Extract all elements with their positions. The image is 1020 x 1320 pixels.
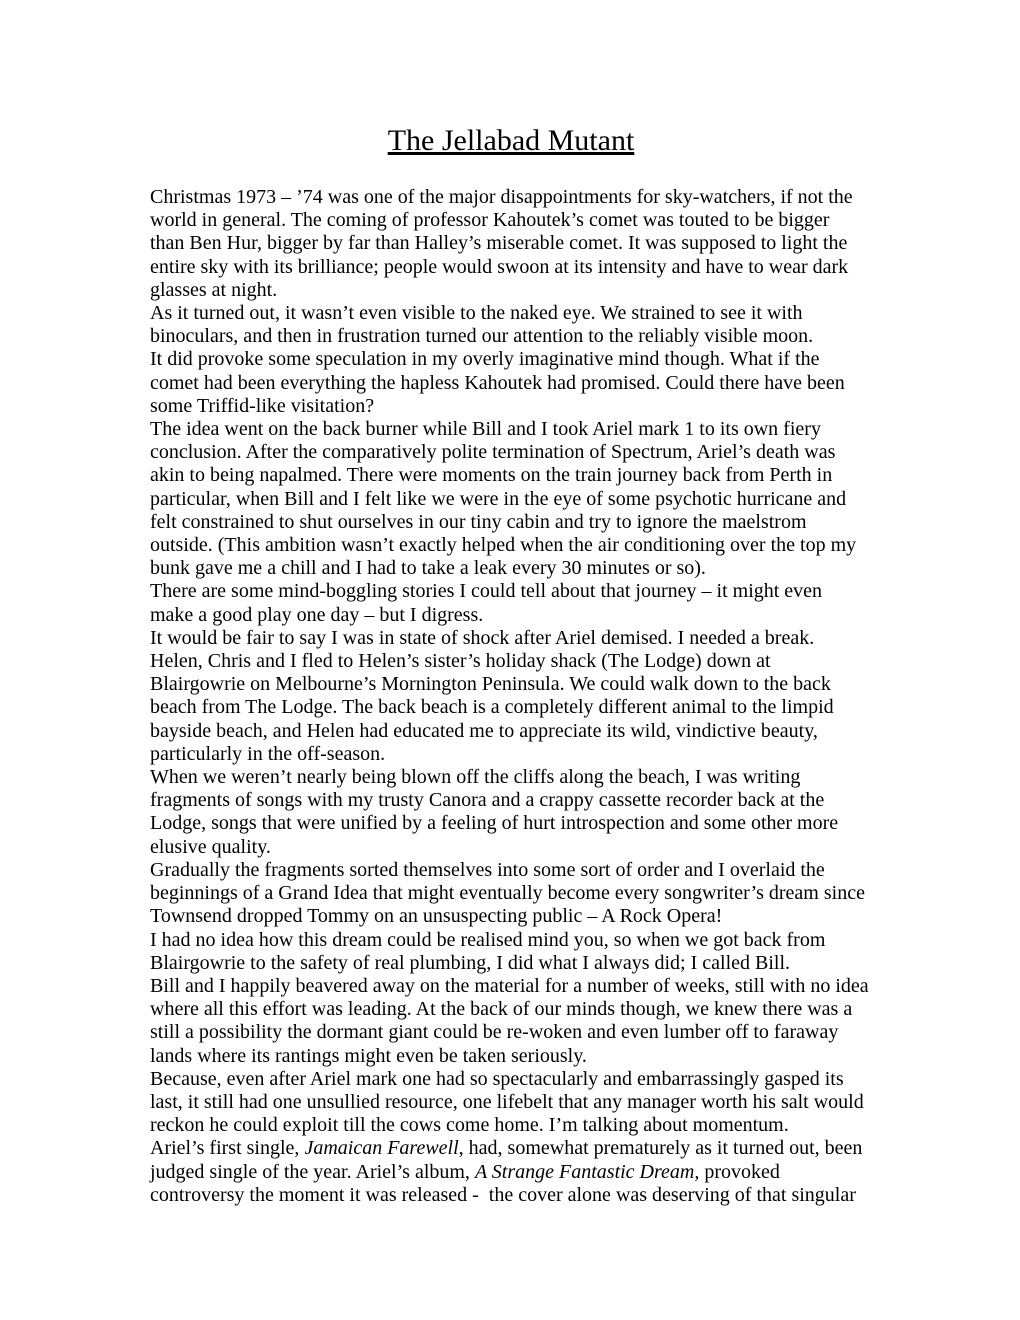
text-line: Lodge, songs that were unified by a feel… bbox=[150, 812, 872, 835]
text-line: judged single of the year. Ariel’s album… bbox=[150, 1161, 872, 1184]
text-line: glasses at night. bbox=[150, 279, 872, 302]
text-line: I had no idea how this dream could be re… bbox=[150, 929, 872, 952]
document-title: The Jellabad Mutant bbox=[150, 124, 872, 157]
text-line: Blairgowrie on Melbourne’s Mornington Pe… bbox=[150, 673, 872, 696]
text-line: Blairgowrie to the safety of real plumbi… bbox=[150, 952, 872, 975]
text-line: particular, when Bill and I felt like we… bbox=[150, 488, 872, 511]
paragraph: When we weren’t nearly being blown off t… bbox=[150, 766, 872, 859]
text-line: outside. (This ambition wasn’t exactly h… bbox=[150, 534, 872, 557]
text-line: Gradually the fragments sorted themselve… bbox=[150, 859, 872, 882]
text-line: still a possibility the dormant giant co… bbox=[150, 1021, 872, 1044]
paragraph: I had no idea how this dream could be re… bbox=[150, 929, 872, 975]
text-line: When we weren’t nearly being blown off t… bbox=[150, 766, 872, 789]
paragraph: It did provoke some speculation in my ov… bbox=[150, 348, 872, 418]
text-line: beach from The Lodge. The back beach is … bbox=[150, 696, 872, 719]
paragraph: It would be fair to say I was in state o… bbox=[150, 627, 872, 766]
text-line: As it turned out, it wasn’t even visible… bbox=[150, 302, 872, 325]
text-line: bayside beach, and Helen had educated me… bbox=[150, 720, 872, 743]
text-line: reckon he could exploit till the cows co… bbox=[150, 1114, 872, 1137]
text-line: entire sky with its brilliance; people w… bbox=[150, 256, 872, 279]
italic-text-run: A Strange Fantastic Dream, bbox=[475, 1161, 699, 1183]
document-page: The Jellabad Mutant Christmas 1973 – ’74… bbox=[0, 0, 1020, 1320]
text-line: elusive quality. bbox=[150, 836, 872, 859]
text-line: last, it still had one unsullied resourc… bbox=[150, 1091, 872, 1114]
text-line: bunk gave me a chill and I had to take a… bbox=[150, 557, 872, 580]
text-line: felt constrained to shut ourselves in ou… bbox=[150, 511, 872, 534]
paragraph: Christmas 1973 – ’74 was one of the majo… bbox=[150, 186, 872, 302]
text-line: akin to being napalmed. There were momen… bbox=[150, 464, 872, 487]
paragraph: The idea went on the back burner while B… bbox=[150, 418, 872, 580]
paragraph: Bill and I happily beavered away on the … bbox=[150, 975, 872, 1068]
text-line: Christmas 1973 – ’74 was one of the majo… bbox=[150, 186, 872, 209]
paragraph: Because, even after Ariel mark one had s… bbox=[150, 1068, 872, 1138]
paragraph: There are some mind-boggling stories I c… bbox=[150, 580, 872, 626]
italic-text-run: Jamaican Farewell bbox=[304, 1137, 458, 1159]
text-line: where all this effort was leading. At th… bbox=[150, 998, 872, 1021]
text-line: binoculars, and then in frustration turn… bbox=[150, 325, 872, 348]
text-line: Townsend dropped Tommy on an unsuspectin… bbox=[150, 905, 872, 928]
text-line: Ariel’s first single, Jamaican Farewell,… bbox=[150, 1137, 872, 1160]
text-line: Bill and I happily beavered away on the … bbox=[150, 975, 872, 998]
paragraph: Gradually the fragments sorted themselve… bbox=[150, 859, 872, 929]
text-line: There are some mind-boggling stories I c… bbox=[150, 580, 872, 603]
text-line: The idea went on the back burner while B… bbox=[150, 418, 872, 441]
text-line: controversy the moment it was released -… bbox=[150, 1184, 872, 1207]
text-line: It would be fair to say I was in state o… bbox=[150, 627, 872, 650]
text-line: beginnings of a Grand Idea that might ev… bbox=[150, 882, 872, 905]
text-line: world in general. The coming of professo… bbox=[150, 209, 872, 232]
text-line: conclusion. After the comparatively poli… bbox=[150, 441, 872, 464]
text-line: make a good play one day – but I digress… bbox=[150, 604, 872, 627]
text-line: Helen, Chris and I fled to Helen’s siste… bbox=[150, 650, 872, 673]
paragraph: Ariel’s first single, Jamaican Farewell,… bbox=[150, 1137, 872, 1207]
text-line: particularly in the off-season. bbox=[150, 743, 872, 766]
text-line: lands where its rantings might even be t… bbox=[150, 1045, 872, 1068]
text-line: than Ben Hur, bigger by far than Halley’… bbox=[150, 232, 872, 255]
document-body: Christmas 1973 – ’74 was one of the majo… bbox=[150, 186, 872, 1207]
text-line: fragments of songs with my trusty Canora… bbox=[150, 789, 872, 812]
paragraph: As it turned out, it wasn’t even visible… bbox=[150, 302, 872, 348]
text-line: Because, even after Ariel mark one had s… bbox=[150, 1068, 872, 1091]
text-line: It did provoke some speculation in my ov… bbox=[150, 348, 872, 371]
text-line: comet had been everything the hapless Ka… bbox=[150, 372, 872, 395]
text-line: some Triffid-like visitation? bbox=[150, 395, 872, 418]
